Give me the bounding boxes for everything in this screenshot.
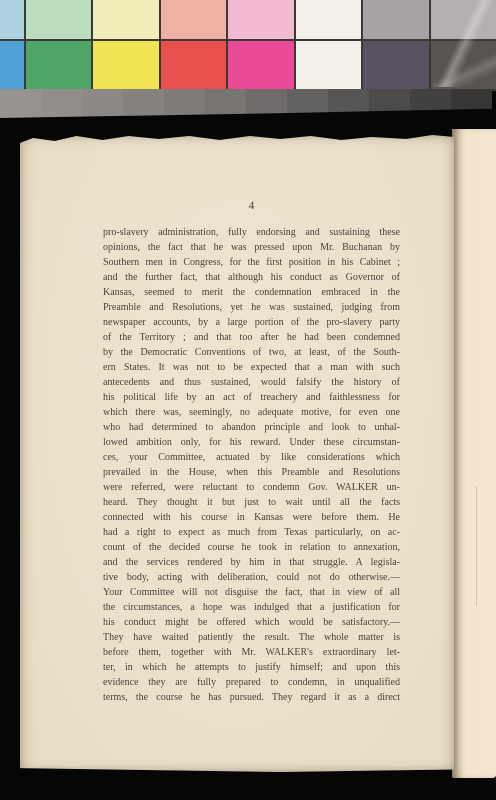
text-line: his political life by an act of treacher… [103,390,400,405]
text-line: who had determined to abandon principle … [103,420,400,435]
color-swatch [161,0,228,39]
grayscale-step [82,89,123,118]
text-line: count of the decided course he took in r… [103,540,400,555]
text-line: Southern men in Congress, for the first … [103,255,400,270]
color-swatch [26,0,93,39]
text-line: and the services rendered by him in that… [103,555,400,570]
calibration-row-saturated [0,41,496,91]
text-line: Kansas, seemed to merit the condemnation… [103,285,400,300]
color-swatch [296,0,363,39]
color-swatch [161,41,228,89]
grayscale-step [451,89,492,118]
text-line: lowed ambition only, for his reward. Und… [103,435,400,450]
text-line: and the further fact, that although his … [103,270,400,285]
text-line: ter, in which he attempts to justify him… [103,660,400,675]
grayscale-step [287,89,328,118]
text-line: ces, your Committee, actuated by like co… [103,450,400,465]
color-swatch [296,41,363,89]
color-calibration-chart [0,0,496,91]
text-line: antecedents and thus sustained, would fa… [103,375,400,390]
color-swatch [0,0,26,39]
page-text-block: pro-slavery administration, fully endors… [103,225,400,705]
text-line: his conduct might be offered which would… [103,615,400,630]
text-line: evidence they are fully prepared to cond… [103,675,400,690]
adjacent-page-edge [452,129,496,778]
text-line: the circumstances, a hope was indulged t… [103,600,400,615]
grayscale-step [369,89,410,118]
grayscale-step [0,89,41,118]
grayscale-step [410,89,451,118]
text-line: by the Democratic Conventions of two, at… [103,345,400,360]
text-line: Your Committee will not disguise the fac… [103,585,400,600]
grayscale-step [246,89,287,118]
color-swatch [228,0,295,39]
text-line: prevailed in the House, when this Preamb… [103,465,400,480]
text-line: before them, together with Mr. WALKER's … [103,645,400,660]
grayscale-step [41,89,82,118]
grayscale-calibration-strip [0,89,492,118]
color-swatch [93,41,160,89]
grayscale-step [123,89,164,118]
color-swatch [26,41,93,89]
color-swatch [363,41,430,89]
grayscale-step [205,89,246,118]
text-line: of the Territory ; and that too after he… [103,330,400,345]
text-line: ern States. It was not to be expected th… [103,360,400,375]
color-swatch [0,41,26,89]
text-line: tive body, acting with deliberation, cou… [103,570,400,585]
page-crease-line [476,486,477,606]
text-line: which there was, seemingly, no adequate … [103,405,400,420]
text-line: pro-slavery administration, fully endors… [103,225,400,240]
text-line: opinions, the fact that he was pressed u… [103,240,400,255]
scanned-book-photograph: 4 pro-slavery administration, fully endo… [0,0,496,800]
text-line: heard. They thought it but just to wait … [103,495,400,510]
text-line: connected with his course in Kansas were… [103,510,400,525]
grayscale-step [164,89,205,118]
text-line: were referred, were reluctant to condemn… [103,480,400,495]
text-line: newspaper accounts, by a large portion o… [103,315,400,330]
text-line: had a right to expect as much from Texas… [103,525,400,540]
color-swatch [93,0,160,39]
page-number: 4 [103,200,400,212]
calibration-row-pastel [0,0,496,41]
book-page: 4 pro-slavery administration, fully endo… [20,134,454,772]
color-swatch [431,41,496,89]
color-swatch [363,0,430,39]
grayscale-step [328,89,369,118]
text-line: Preamble and Resolutions, yet he was sus… [103,300,400,315]
color-swatch [431,0,496,39]
color-swatch [228,41,295,89]
text-line: terms, the course he has pursued. They r… [103,690,400,705]
text-line: They have waited patiently the result. T… [103,630,400,645]
